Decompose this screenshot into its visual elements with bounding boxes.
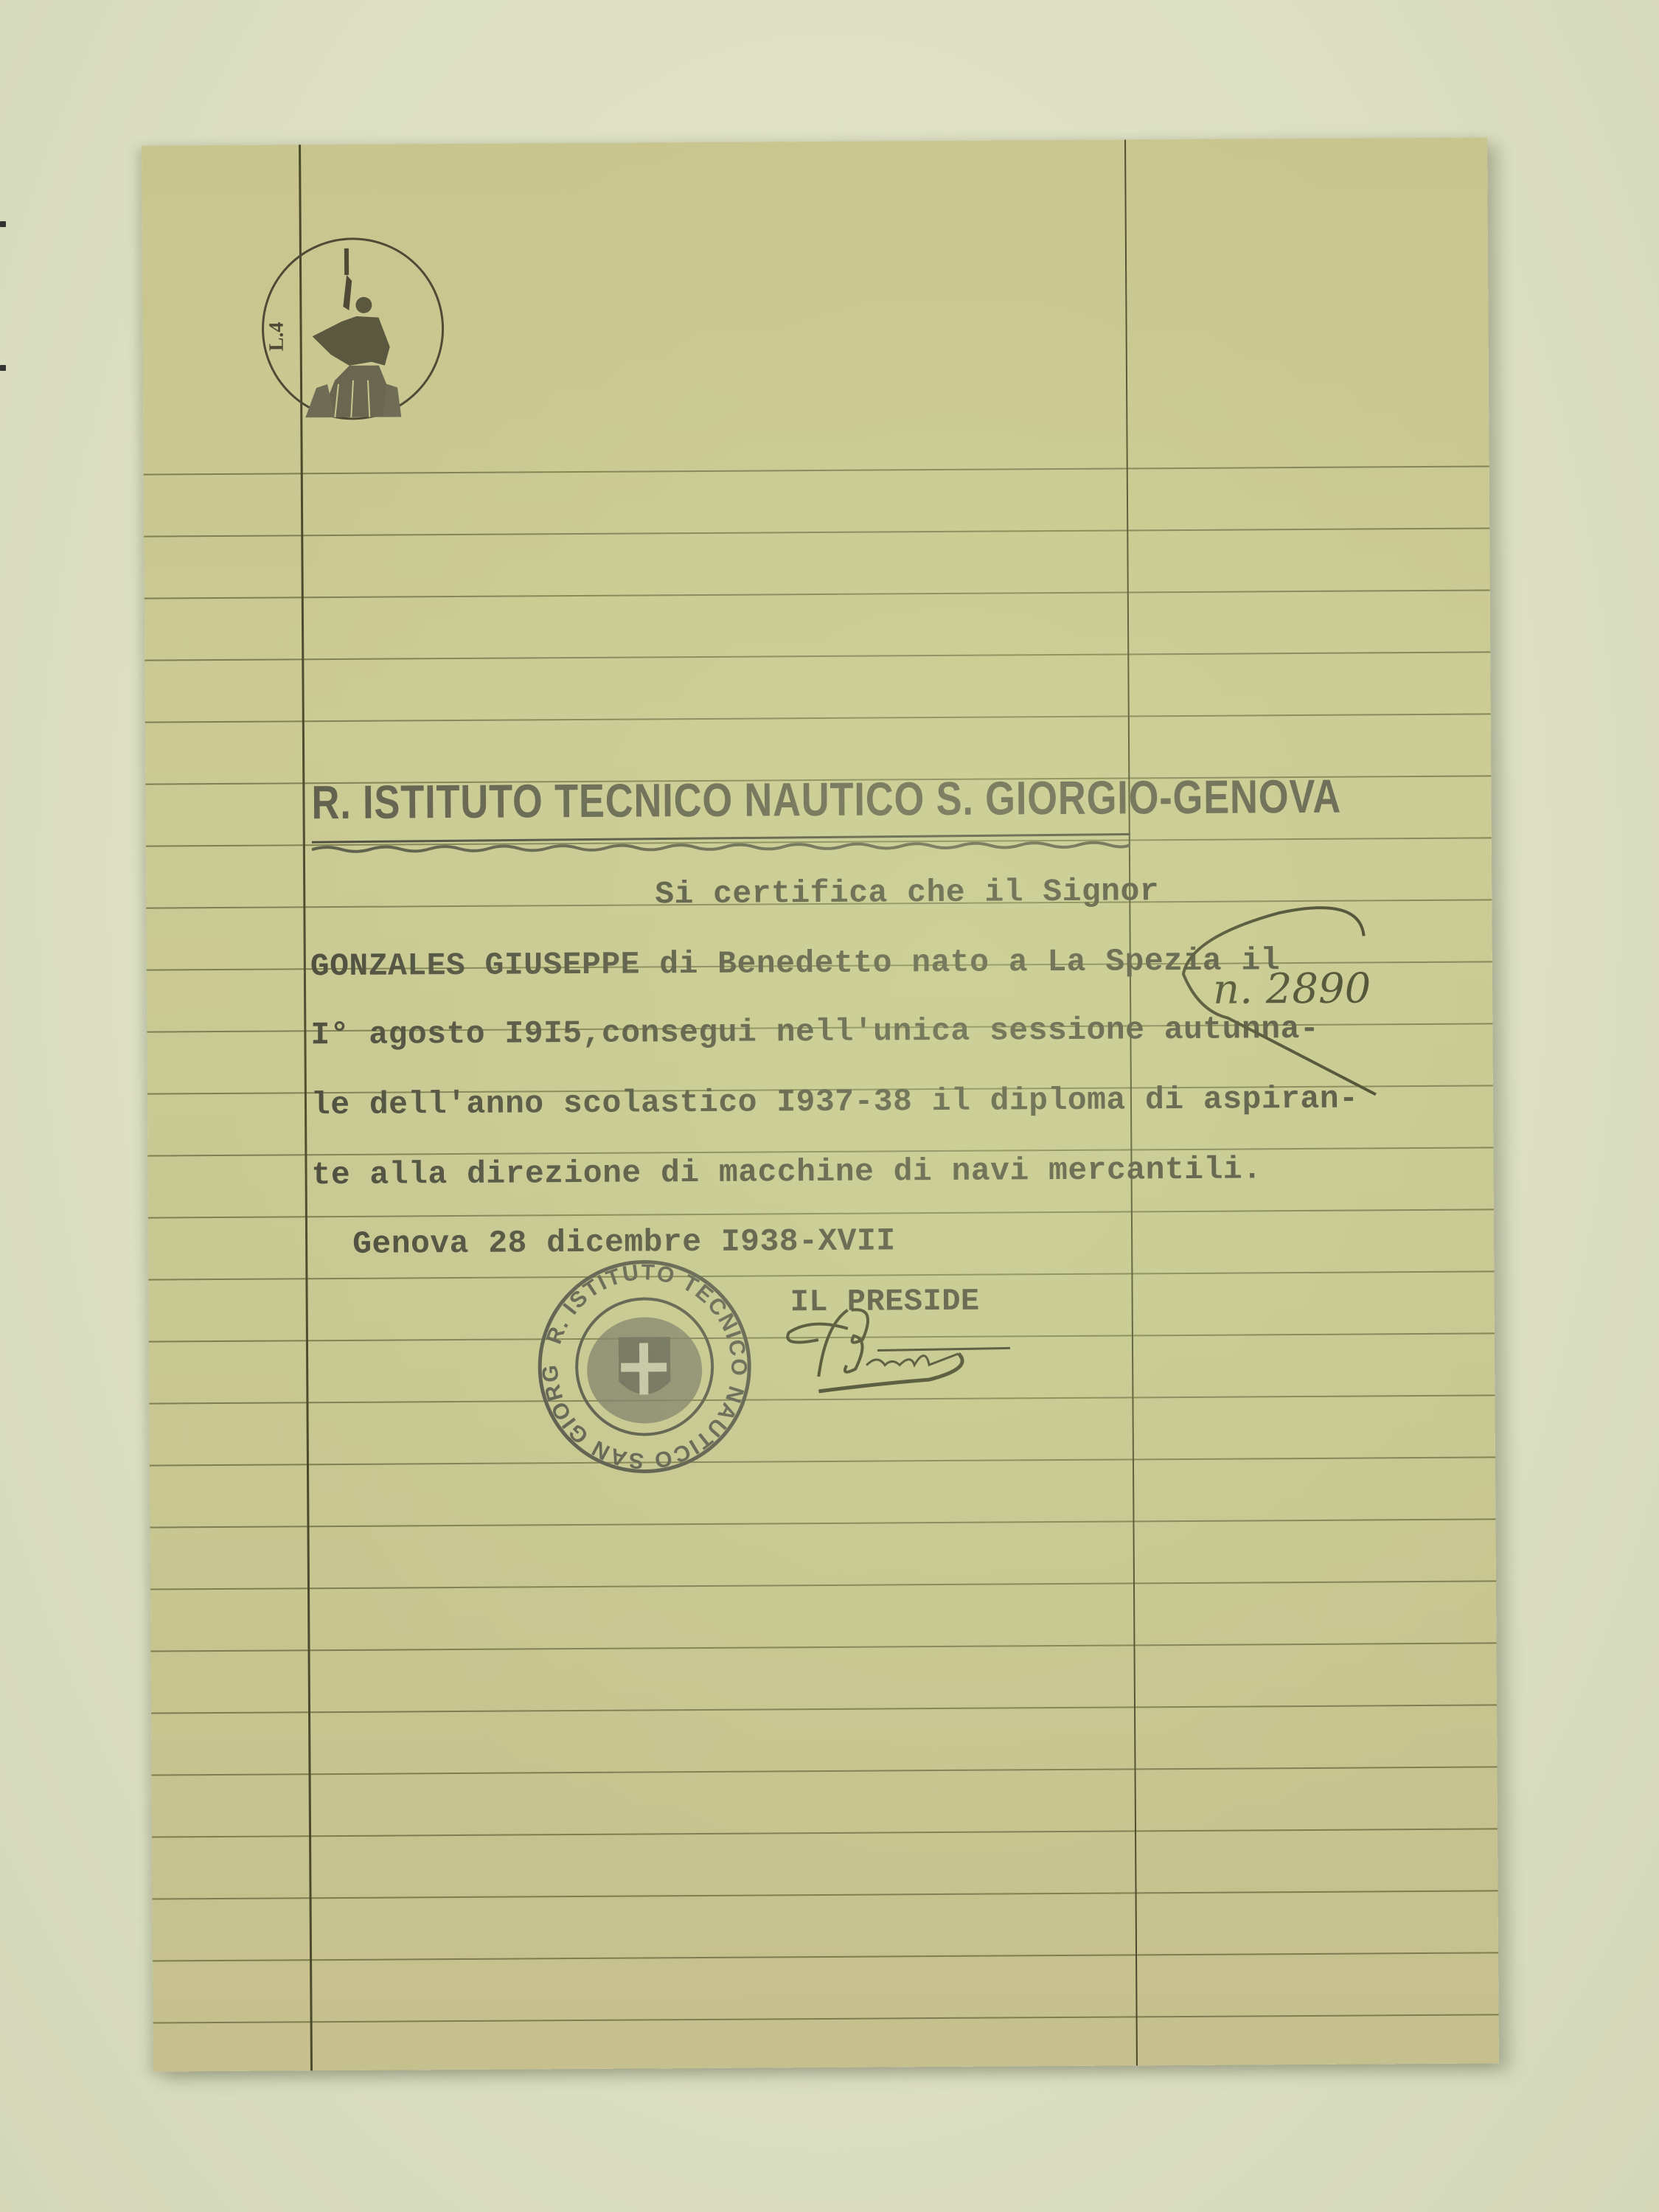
ruled-line xyxy=(153,1952,1498,1961)
ruled-line xyxy=(148,1208,1494,1218)
certificate-body-line: I° agosto I9I5,consegui nell'unica sessi… xyxy=(310,1011,1319,1053)
institute-heading: R. ISTITUTO TECNICO NAUTICO S. GIORGIO-G… xyxy=(311,771,983,830)
ruled-line xyxy=(145,651,1490,661)
ruled-line xyxy=(150,1456,1495,1466)
certificate-intro: Si certifica che il Signor xyxy=(655,873,1159,912)
ruled-line xyxy=(153,1890,1498,1899)
edge-mark xyxy=(0,221,6,227)
ruled-line xyxy=(151,1642,1497,1652)
ruled-line xyxy=(145,713,1491,723)
ruled-line xyxy=(150,1580,1496,1590)
ruled-line xyxy=(152,1766,1498,1775)
certificate-body-line: te alla direzione di macchine di navi me… xyxy=(311,1151,1262,1193)
ruled-line xyxy=(144,465,1489,475)
certificate-paper: L.4 R. ISTITUTO TECNICO NAUTICO S. GIORG… xyxy=(142,137,1499,2071)
protocol-number: n. 2890 xyxy=(1213,964,1371,1013)
ruled-line xyxy=(151,1704,1497,1714)
coat-of-arms-icon xyxy=(587,1317,703,1424)
ruled-line xyxy=(145,589,1490,599)
ruled-line xyxy=(152,1828,1498,1837)
preside-signature: G. Baretto xyxy=(767,1294,1048,1406)
heading-wavy-underline xyxy=(312,832,1130,860)
ruled-line xyxy=(150,1518,1495,1528)
statue-medallion-icon: L.4 xyxy=(260,236,446,422)
certificate-body-line: GONZALES GIUSEPPE di Benedetto nato a La… xyxy=(310,942,1280,984)
ruled-line xyxy=(153,2014,1499,2023)
ruled-line xyxy=(148,1270,1494,1280)
ruled-line xyxy=(144,527,1489,537)
medallion-label: L.4 xyxy=(265,322,288,352)
institute-stamp: R. ISTITUTO TECNICO NAUTICO SAN GIORGIO … xyxy=(533,1256,756,1478)
protocol-number-annotation: n. 2890 xyxy=(1175,899,1398,1114)
edge-mark xyxy=(0,365,6,371)
